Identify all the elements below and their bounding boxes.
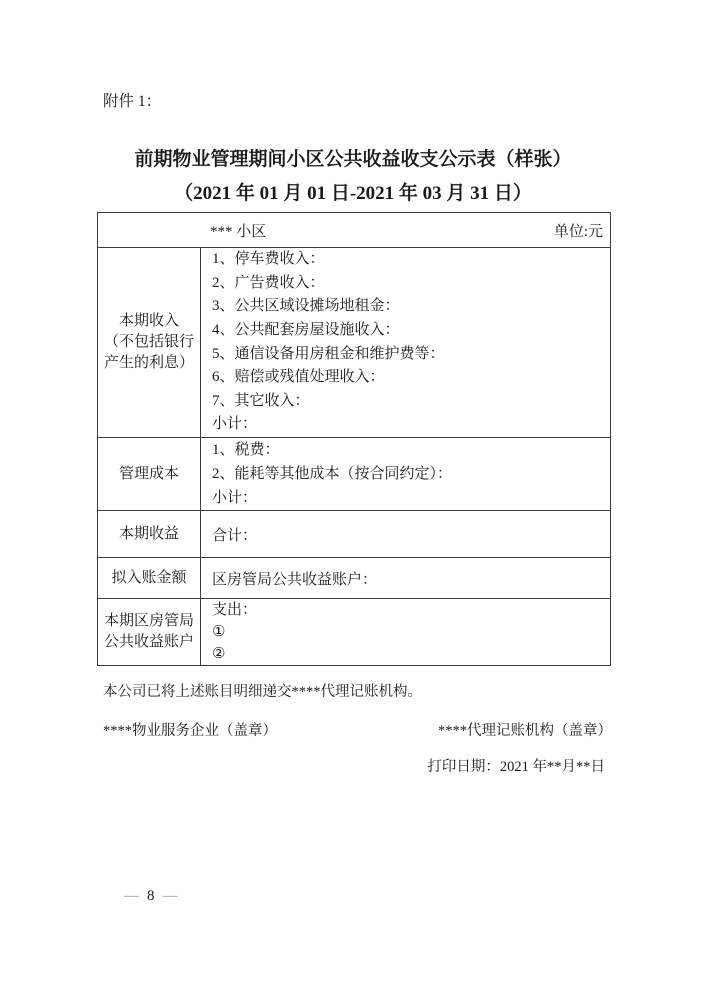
page-number-value: 8 (141, 888, 163, 904)
expenditure-label: 支出： (212, 599, 610, 621)
row-label-district-account: 本期区房管局 公共收益账户 (98, 599, 201, 666)
community-name: *** 小区 (210, 220, 266, 241)
income-item-telecom: 5、通信设备用房租金和维护费等： (212, 343, 610, 367)
profit-total: 合计： (212, 524, 610, 545)
submission-note: 本公司已将上述账目明细递交****代理记账机构。 (103, 680, 422, 701)
bookkeeping-agency-seal-label: ****代理记账机构（盖章） (438, 719, 612, 740)
income-item-parking: 1、停车费收入： (212, 248, 610, 272)
page-number-dash-left: — (124, 888, 141, 904)
row-label-planned-deposit: 拟入账金额 (98, 558, 201, 599)
print-date: 打印日期：2021 年**月**日 (427, 755, 605, 776)
income-item-stall-rent: 3、公共区域设摊场地租金： (212, 295, 610, 319)
row-label-current-profit: 本期收益 (98, 511, 201, 558)
deposit-account: 区房管局公共收益账户： (212, 568, 610, 589)
table-header-row: *** 小区 单位:元 (98, 213, 611, 248)
table-row-district-account: 本期区房管局 公共收益账户 支出： ① ② (98, 599, 611, 666)
income-item-facility: 4、公共配套房屋设施收入： (212, 319, 610, 343)
expenditure-item-2: ② (212, 643, 610, 665)
document-title: 前期物业管理期间小区公共收益收支公示表（样张） (0, 144, 706, 171)
row-label-current-income: 本期收入 （不包括银行 产生的利息） (98, 248, 201, 438)
property-company-seal-label: ****物业服务企业（盖章） (103, 719, 277, 740)
income-item-other: 7、其它收入： (212, 390, 610, 414)
document-date-range: （2021 年 01 月 01 日-2021 年 03 月 31 日） (0, 178, 706, 205)
table-row-current-income: 本期收入 （不包括银行 产生的利息） 1、停车费收入： 2、广告费收入： 3、公… (98, 248, 611, 438)
cost-item-energy: 2、能耗等其他成本（按合同约定）： (212, 462, 610, 486)
expenditure-item-1: ① (212, 621, 610, 643)
income-subtotal: 小计： (212, 413, 610, 437)
unit-label: 单位:元 (554, 220, 603, 241)
page-number-dash-right: — (163, 888, 180, 904)
document-page: 附件 1： 前期物业管理期间小区公共收益收支公示表（样张） （2021 年 01… (0, 0, 706, 1000)
income-item-advertising: 2、广告费收入： (212, 272, 610, 296)
income-item-compensation: 6、赔偿或残值处理收入： (212, 366, 610, 390)
page-number: —8— (124, 888, 180, 905)
table-row-current-profit: 本期收益 合计： (98, 511, 611, 558)
revenue-expense-table: *** 小区 单位:元 本期收入 （不包括银行 产生的利息） 1、停车费收入： … (97, 212, 611, 666)
signature-row: ****物业服务企业（盖章） ****代理记账机构（盖章） (103, 719, 612, 740)
attachment-label: 附件 1： (103, 89, 161, 111)
cost-subtotal: 小计： (212, 486, 610, 510)
row-label-management-cost: 管理成本 (98, 438, 201, 511)
table-row-management-cost: 管理成本 1、税费： 2、能耗等其他成本（按合同约定）： 小计： (98, 438, 611, 511)
table-row-planned-deposit: 拟入账金额 区房管局公共收益账户： (98, 558, 611, 599)
cost-item-tax: 1、税费： (212, 438, 610, 462)
